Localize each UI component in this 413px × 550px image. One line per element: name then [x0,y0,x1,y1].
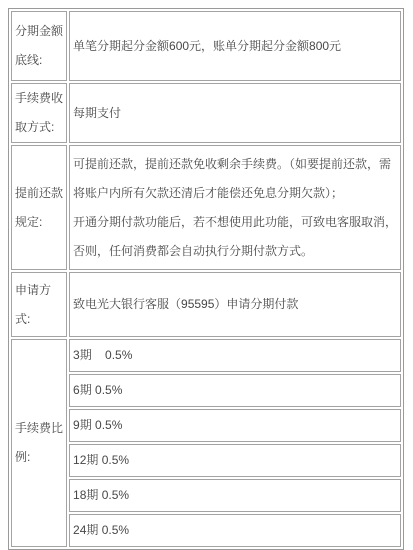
fee-rate-cell: 12期 0.5% [69,444,401,477]
row-label-line: 手续费比 [15,414,63,443]
row-content-cell: 每期支付 [69,83,401,143]
fee-rate-row: 9期 0.5% [11,409,401,442]
row-content-cell: 单笔分期起分金额600元，账单分期起分金额800元 [69,11,401,81]
fee-rate-text: 9期 0.5% [73,418,122,432]
row-content-cell: 可提前还款，提前还款免收剩余手续费。（如要提前还款，需将账户内所有欠款还清后才能… [69,145,401,270]
installment-terms-table: 分期金额底线:单笔分期起分金额600元，账单分期起分金额800元手续费收取方式:… [8,8,404,550]
fee-rate-row: 12期 0.5% [11,444,401,477]
terms-row: 分期金额底线:单笔分期起分金额600元，账单分期起分金额800元 [11,11,401,81]
row-label-line: 申请方 [15,276,63,305]
fee-rate-cell: 6期 0.5% [69,374,401,407]
row-label-cell: 手续费比例: [11,339,67,547]
row-label-line: 手续费收 [15,84,63,113]
terms-row: 申请方式:致电光大银行客服（95595）申请分期付款 [11,272,401,337]
row-content-cell: 致电光大银行客服（95595）申请分期付款 [69,272,401,337]
fee-rate-cell: 9期 0.5% [69,409,401,442]
fee-rate-row: 18期 0.5% [11,479,401,512]
row-label-line: 式: [15,305,63,334]
fee-rate-row: 24期 0.5% [11,514,401,547]
fee-rate-text: 6期 0.5% [73,383,122,397]
row-label-line: 取方式: [15,113,63,142]
fee-rate-text: 12期 0.5% [73,453,129,467]
fee-rate-row: 6期 0.5% [11,374,401,407]
fee-rate-text: 24期 0.5% [73,523,129,537]
terms-row: 手续费收取方式:每期支付 [11,83,401,143]
page: 分期金额底线:单笔分期起分金额600元，账单分期起分金额800元手续费收取方式:… [0,0,413,550]
row-label-cell: 申请方式: [11,272,67,337]
row-label-cell: 手续费收取方式: [11,83,67,143]
content-line: 致电光大银行客服（95595）申请分期付款 [73,290,397,319]
terms-row: 提前还款规定:可提前还款，提前还款免收剩余手续费。（如要提前还款，需将账户内所有… [11,145,401,270]
row-label-cell: 提前还款规定: [11,145,67,270]
fee-rate-text: 18期 0.5% [73,488,129,502]
row-label-line: 例: [15,443,63,472]
fee-rate-cell: 24期 0.5% [69,514,401,547]
fee-rate-text: 3期 0.5% [73,348,132,362]
row-label-line: 提前还款 [15,179,63,208]
fee-rate-cell: 3期 0.5% [69,339,401,372]
content-line: 可提前还款，提前还款免收剩余手续费。（如要提前还款，需 [73,150,397,179]
content-line: 每期支付 [73,99,397,128]
row-label-line: 规定: [15,208,63,237]
fee-rate-row: 手续费比例:3期 0.5% [11,339,401,372]
row-label-cell: 分期金额底线: [11,11,67,81]
content-line: 否则，任何消费都会自动执行分期付款方式。 [73,237,397,266]
row-label-line: 底线: [15,46,63,75]
content-line: 开通分期付款功能后，若不想使用此功能，可致电客服取消， [73,208,397,237]
content-line: 将账户内所有欠款还清后才能偿还免息分期欠款）； [73,179,397,208]
fee-rate-cell: 18期 0.5% [69,479,401,512]
terms-table-body: 分期金额底线:单笔分期起分金额600元，账单分期起分金额800元手续费收取方式:… [11,11,401,547]
row-label-line: 分期金额 [15,17,63,46]
content-line: 单笔分期起分金额600元，账单分期起分金额800元 [73,32,397,61]
